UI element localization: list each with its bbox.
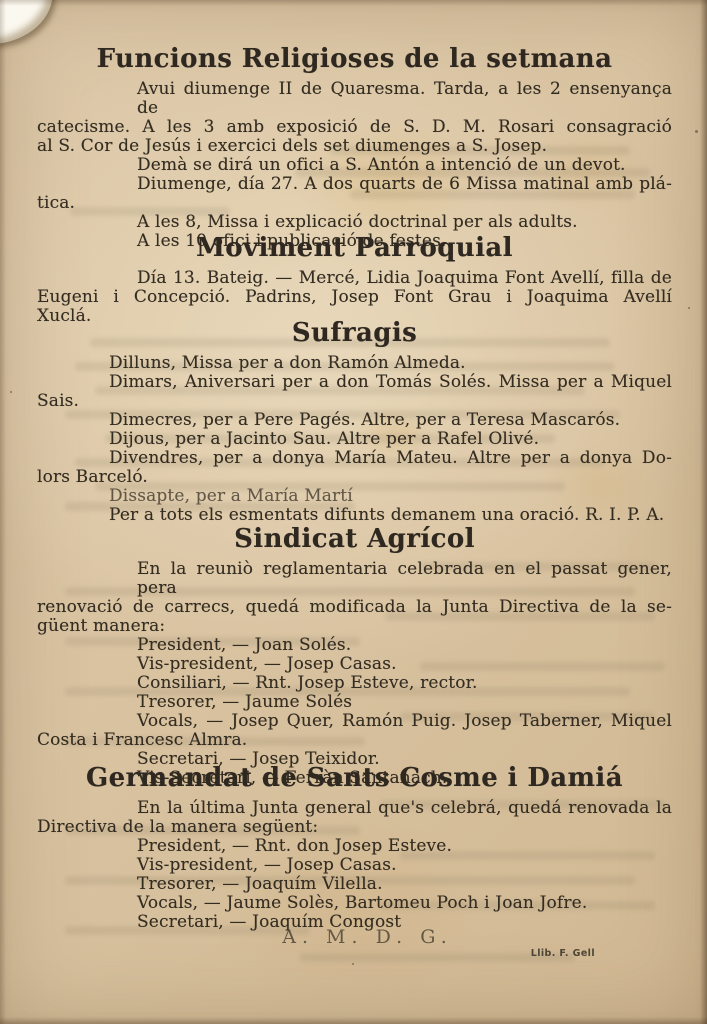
paragraph: Vocals, — Josep Quer, Ramón Puig. Josep …: [37, 712, 672, 750]
text-line: al S. Cor de Jesús i exercici dels set d…: [37, 137, 672, 156]
paragraph: Dimars, Aniversari per a don Tomás Solés…: [37, 373, 672, 411]
printer-imprint: Llib. F. Gell: [531, 948, 595, 959]
text-line: Consiliari, — Rnt. Josep Esteve, rector.: [37, 674, 672, 693]
text-line: Vocals, — Jaume Solès, Bartomeu Poch i J…: [37, 894, 672, 913]
text-line: Vis-president, — Josep Casas.: [37, 856, 672, 875]
section-moviment-parroquial: Moviment ParroquialDía 13. Bateig. — Mer…: [0, 233, 707, 326]
text-line: güent manera:: [37, 617, 672, 636]
text-line: Dilluns, Missa per a don Ramón Almeda.: [37, 354, 672, 373]
paragraph: Dimecres, per a Pere Pagés. Altre, per a…: [37, 411, 672, 430]
text-line: Costa i Francesc Almra.: [37, 731, 672, 750]
paragraph: President, — Rnt. don Josep Esteve.: [37, 837, 672, 856]
text-line: catecisme. A les 3 amb exposició de S. D…: [37, 118, 672, 137]
paragraph: Tresorer, — Jaume Solés: [37, 693, 672, 712]
text-line: Sais.: [37, 392, 672, 411]
text-line: Tresorer, — Jaume Solés: [37, 693, 672, 712]
paragraph: Vis-president, — Josep Casas.: [37, 856, 672, 875]
section-heading: Germandat de Sants Cosme i Damiá: [37, 763, 672, 793]
text-line: President, — Rnt. don Josep Esteve.: [37, 837, 672, 856]
text-line: Día 13. Bateig. — Mercé, Lidia Joaquima …: [37, 269, 672, 288]
paragraph: Consiliari, — Rnt. Josep Esteve, rector.: [37, 674, 672, 693]
text-line: Dijous, per a Jacinto Sau. Altre per a R…: [37, 430, 672, 449]
section-heading: Moviment Parroquial: [37, 233, 672, 263]
text-line: Dissapte, per a María Martí: [37, 487, 672, 506]
text-line: Vis-president, — Josep Casas.: [37, 655, 672, 674]
motto-amdg: A. M. D. G.: [14, 927, 707, 947]
ink-speck: [352, 963, 354, 965]
text-line: Demà se dirá un ofici a S. Antón a inten…: [37, 156, 672, 175]
section-funcions-religioses: Funcions Religioses de la setmanaAvui di…: [0, 44, 707, 251]
text-line: Vocals, — Josep Quer, Ramón Puig. Josep …: [37, 712, 672, 731]
text-line: Dimecres, per a Pere Pagés. Altre, per a…: [37, 411, 672, 430]
paragraph: Demà se dirá un ofici a S. Antón a inten…: [37, 156, 672, 175]
paragraph: Vis-president, — Josep Casas.: [37, 655, 672, 674]
section-germandat: Germandat de Sants Cosme i DamiáEn la úl…: [0, 763, 707, 932]
text-line: Dimars, Aniversari per a don Tomás Solés…: [37, 373, 672, 392]
paragraph: Dissapte, per a María Martí: [37, 487, 672, 506]
text-line: Eugeni i Concepció. Padrins, Josep Font …: [37, 288, 672, 307]
text-line: President, — Joan Solés.: [37, 636, 672, 655]
paragraph: A les 8, Missa i explicació doctrinal pe…: [37, 213, 672, 232]
paragraph: En la última Junta general que's celebrá…: [37, 799, 672, 837]
text-line: Avui diumenge II de Quaresma. Tarda, a l…: [37, 80, 672, 118]
section-heading: Funcions Religioses de la setmana: [37, 44, 672, 74]
text-line: A les 8, Missa i explicació doctrinal pe…: [37, 213, 672, 232]
text-line: tica.: [37, 194, 672, 213]
text-line: En la reuniò reglamentaria celebrada en …: [37, 560, 672, 598]
paragraph: Diumenge, día 27. A dos quarts de 6 Miss…: [37, 175, 672, 213]
text-line: renovació de carrecs, quedá modificada l…: [37, 598, 672, 617]
section-sufragis: SufragisDilluns, Missa per a don Ramón A…: [0, 318, 707, 525]
paragraph: Dijous, per a Jacinto Sau. Altre per a R…: [37, 430, 672, 449]
text-line: Divendres, per a donya María Mateu. Altr…: [37, 449, 672, 468]
paragraph: Tresorer, — Joaquím Vilella.: [37, 875, 672, 894]
text-line: lors Barceló.: [37, 468, 672, 487]
section-sindicat-agricol: Sindicat AgrícolEn la reuniò reglamentar…: [0, 524, 707, 788]
text-line: Diumenge, día 27. A dos quarts de 6 Miss…: [37, 175, 672, 194]
text-line: Directiva de la manera següent:: [37, 818, 672, 837]
paragraph: Per a tots els esmentats difunts demanem…: [37, 506, 672, 525]
paragraph: Dilluns, Missa per a don Ramón Almeda.: [37, 354, 672, 373]
text-line: Per a tots els esmentats difunts demanem…: [37, 506, 672, 525]
paragraph: Vocals, — Jaume Solès, Bartomeu Poch i J…: [37, 894, 672, 913]
text-line: En la última Junta general que's celebrá…: [37, 799, 672, 818]
scanned-bulletin-page: Funcions Religioses de la setmanaAvui di…: [0, 0, 707, 1024]
section-heading: Sindicat Agrícol: [37, 524, 672, 554]
paragraph: Avui diumenge II de Quaresma. Tarda, a l…: [37, 80, 672, 156]
paragraph: President, — Joan Solés.: [37, 636, 672, 655]
text-line: Tresorer, — Joaquím Vilella.: [37, 875, 672, 894]
paragraph: En la reuniò reglamentaria celebrada en …: [37, 560, 672, 636]
section-heading: Sufragis: [37, 318, 672, 348]
paragraph: Divendres, per a donya María Mateu. Altr…: [37, 449, 672, 487]
